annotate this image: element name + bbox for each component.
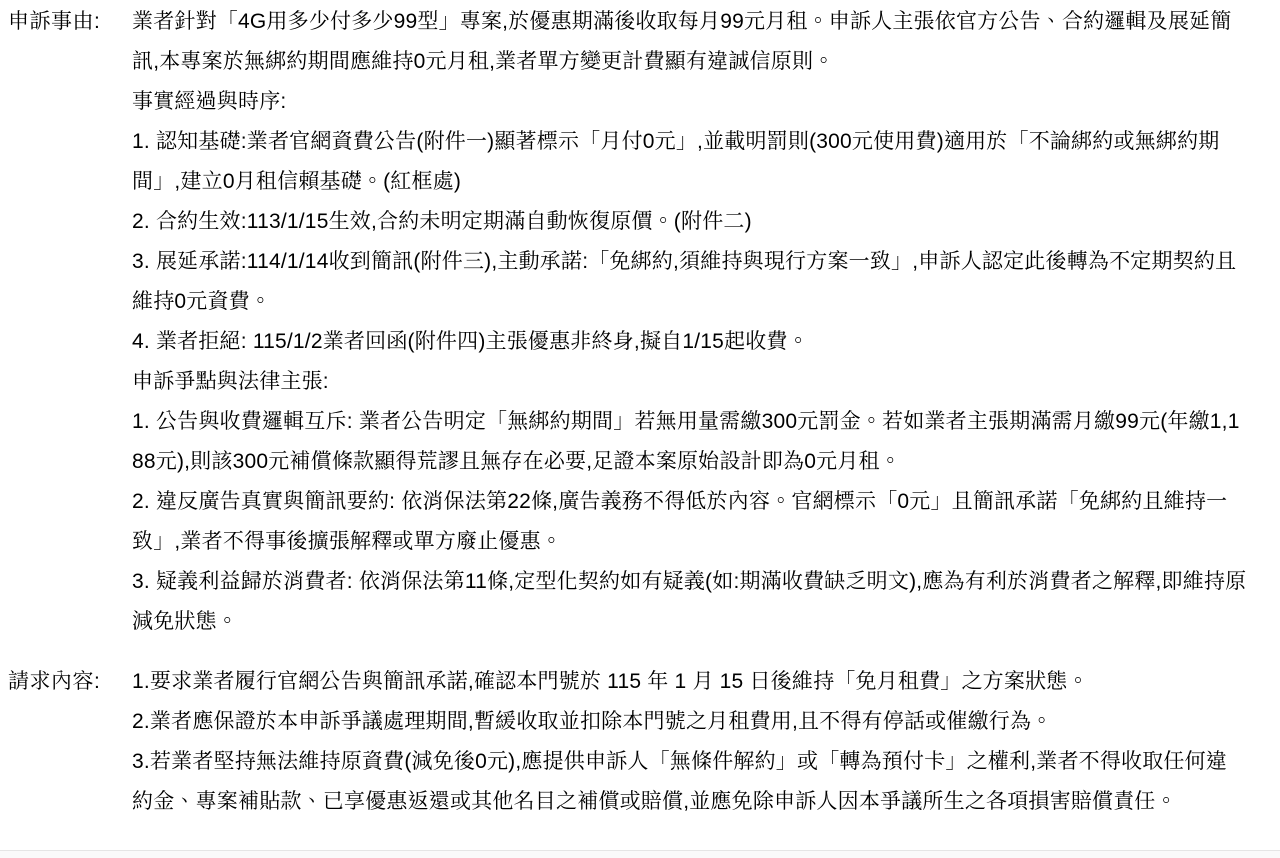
paragraph-request-3: 3.若業者堅持無法維持原資費(減免後0元),應提供申訴人「無條件解約」或「轉為預… <box>132 742 1247 822</box>
paragraph-claim-1: 1. 公告與收費邏輯互斥: 業者公告明定「無綁約期間」若無用量需繳300元罰金。… <box>132 402 1247 482</box>
complaint-reason-content: 業者針對「4G用多少付多少99型」專案,於優惠期滿後收取每月99元月租。申訴人主… <box>132 2 1247 642</box>
paragraph-request-1: 1.要求業者履行官網公告與簡訊承諾,確認本門號於 115 年 1 月 15 日後… <box>132 662 1247 702</box>
paragraph-request-2: 2.業者應保證於本申訴爭議處理期間,暫緩收取並扣除本門號之月租費用,且不得有停話… <box>132 702 1247 742</box>
section-request-content: 請求內容: 1.要求業者履行官網公告與簡訊承諾,確認本門號於 115 年 1 月… <box>0 662 1280 822</box>
section-complaint-reason: 申訴事由: 業者針對「4G用多少付多少99型」專案,於優惠期滿後收取每月99元月… <box>0 2 1280 642</box>
paragraph-fact-1: 1. 認知基礎:業者官網資費公告(附件一)顯著標示「月付0元」,並載明罰則(30… <box>132 122 1247 202</box>
request-content-label: 請求內容: <box>0 662 132 702</box>
complaint-reason-label: 申訴事由: <box>0 2 132 42</box>
paragraph-facts-heading: 事實經過與時序: <box>132 82 1247 122</box>
paragraph-fact-2: 2. 合約生效:113/1/15生效,合約未明定期滿自動恢復原價。(附件二) <box>132 202 1247 242</box>
bottom-divider <box>0 850 1280 858</box>
paragraph-claims-heading: 申訴爭點與法律主張: <box>132 362 1247 402</box>
paragraph-fact-4: 4. 業者拒絕: 115/1/2業者回函(附件四)主張優惠非終身,擬自1/15起… <box>132 322 1247 362</box>
request-content-content: 1.要求業者履行官網公告與簡訊承諾,確認本門號於 115 年 1 月 15 日後… <box>132 662 1247 822</box>
paragraph-claim-3: 3. 疑義利益歸於消費者: 依消保法第11條,定型化契約如有疑義(如:期滿收費缺… <box>132 562 1247 642</box>
paragraph-claim-2: 2. 違反廣告真實與簡訊要約: 依消保法第22條,廣告義務不得低於內容。官網標示… <box>132 482 1247 562</box>
paragraph-summary: 業者針對「4G用多少付多少99型」專案,於優惠期滿後收取每月99元月租。申訴人主… <box>132 2 1247 82</box>
complaint-document: 申訴事由: 業者針對「4G用多少付多少99型」專案,於優惠期滿後收取每月99元月… <box>0 0 1280 858</box>
paragraph-fact-3: 3. 展延承諾:114/1/14收到簡訊(附件三),主動承諾:「免綁約,須維持與… <box>132 242 1247 322</box>
